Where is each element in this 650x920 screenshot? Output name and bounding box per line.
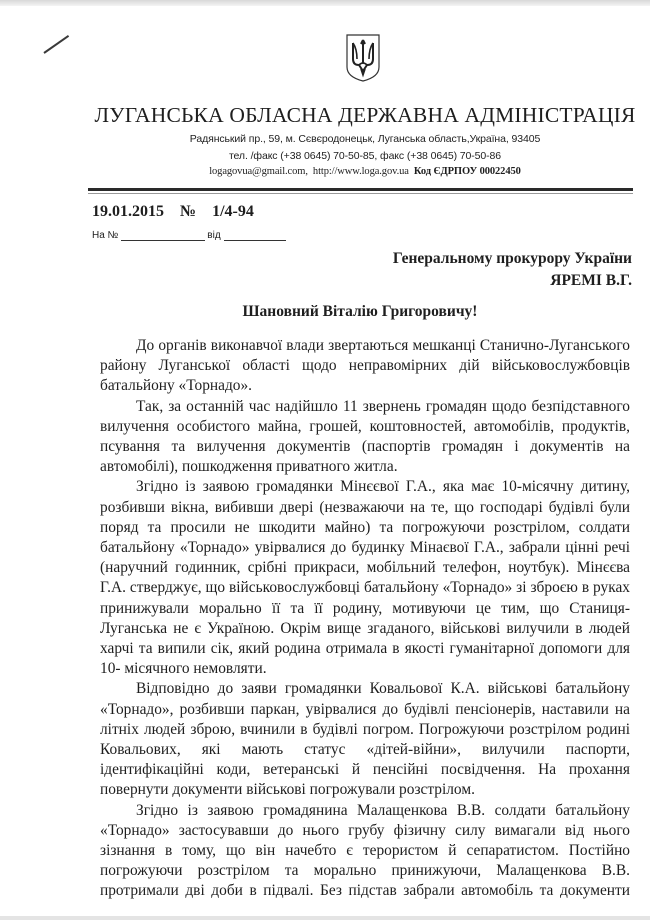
incoming-reference: На № від <box>92 230 286 241</box>
salutation: Шановний Віталію Григоровичу! <box>0 303 650 321</box>
from-date-blank <box>224 230 286 241</box>
letter-body: До органів виконавчої влади звертаються … <box>100 336 630 902</box>
document-number: 1/4-94 <box>212 203 254 220</box>
pen-mark <box>43 35 69 54</box>
edrpou-code: Код ЄДРПОУ 00022450 <box>414 166 521 177</box>
body-paragraph: Так, за останній час надійшло 11 звернен… <box>100 397 630 478</box>
letterhead-divider <box>88 188 633 191</box>
body-paragraph: Згідно із заявою громадянина Малащенкова… <box>100 801 630 902</box>
outgoing-reference: 19.01.2015 № 1/4-94 <box>92 203 266 221</box>
document-date: 19.01.2015 <box>92 203 164 220</box>
recipient-block: Генеральному прокурору України ЯРЕМІ В.Г… <box>393 248 632 292</box>
website-link[interactable]: http://www.loga.gov.ua <box>313 166 409 177</box>
trident-coat-of-arms-icon <box>345 33 381 83</box>
organization-phones: тел. /факс (+38 0645) 70-50-85, факс (+3… <box>0 150 650 162</box>
body-paragraph: До органів виконавчої влади звертаються … <box>100 336 630 397</box>
recipient-name: ЯРЕМІ В.Г. <box>393 270 632 292</box>
in-reply-number-blank <box>121 230 205 241</box>
recipient-title: Генеральному прокурору України <box>393 248 632 270</box>
organization-contacts: logagovua@gmail.com, http://www.loga.gov… <box>0 166 650 177</box>
organization-title: ЛУГАНСЬКА ОБЛАСНА ДЕРЖАВНА АДМІНІСТРАЦІЯ <box>0 103 650 128</box>
scan-edge-bottom <box>0 916 650 920</box>
number-sign: № <box>180 203 196 220</box>
scan-edge-top <box>0 0 650 6</box>
organization-address: Радянський пр., 59, м. Сєвєродонецьк, Лу… <box>0 133 650 145</box>
body-paragraph: Відповідно до заяви громадянки Ковальово… <box>100 679 630 800</box>
letterhead-divider-thin <box>88 193 633 194</box>
from-label: від <box>207 230 220 241</box>
in-reply-label: На № <box>92 230 118 241</box>
body-paragraph: Згідно із заявою громадянки Мінєєвої Г.А… <box>100 477 630 679</box>
email-link[interactable]: logagovua@gmail.com, <box>209 166 308 177</box>
